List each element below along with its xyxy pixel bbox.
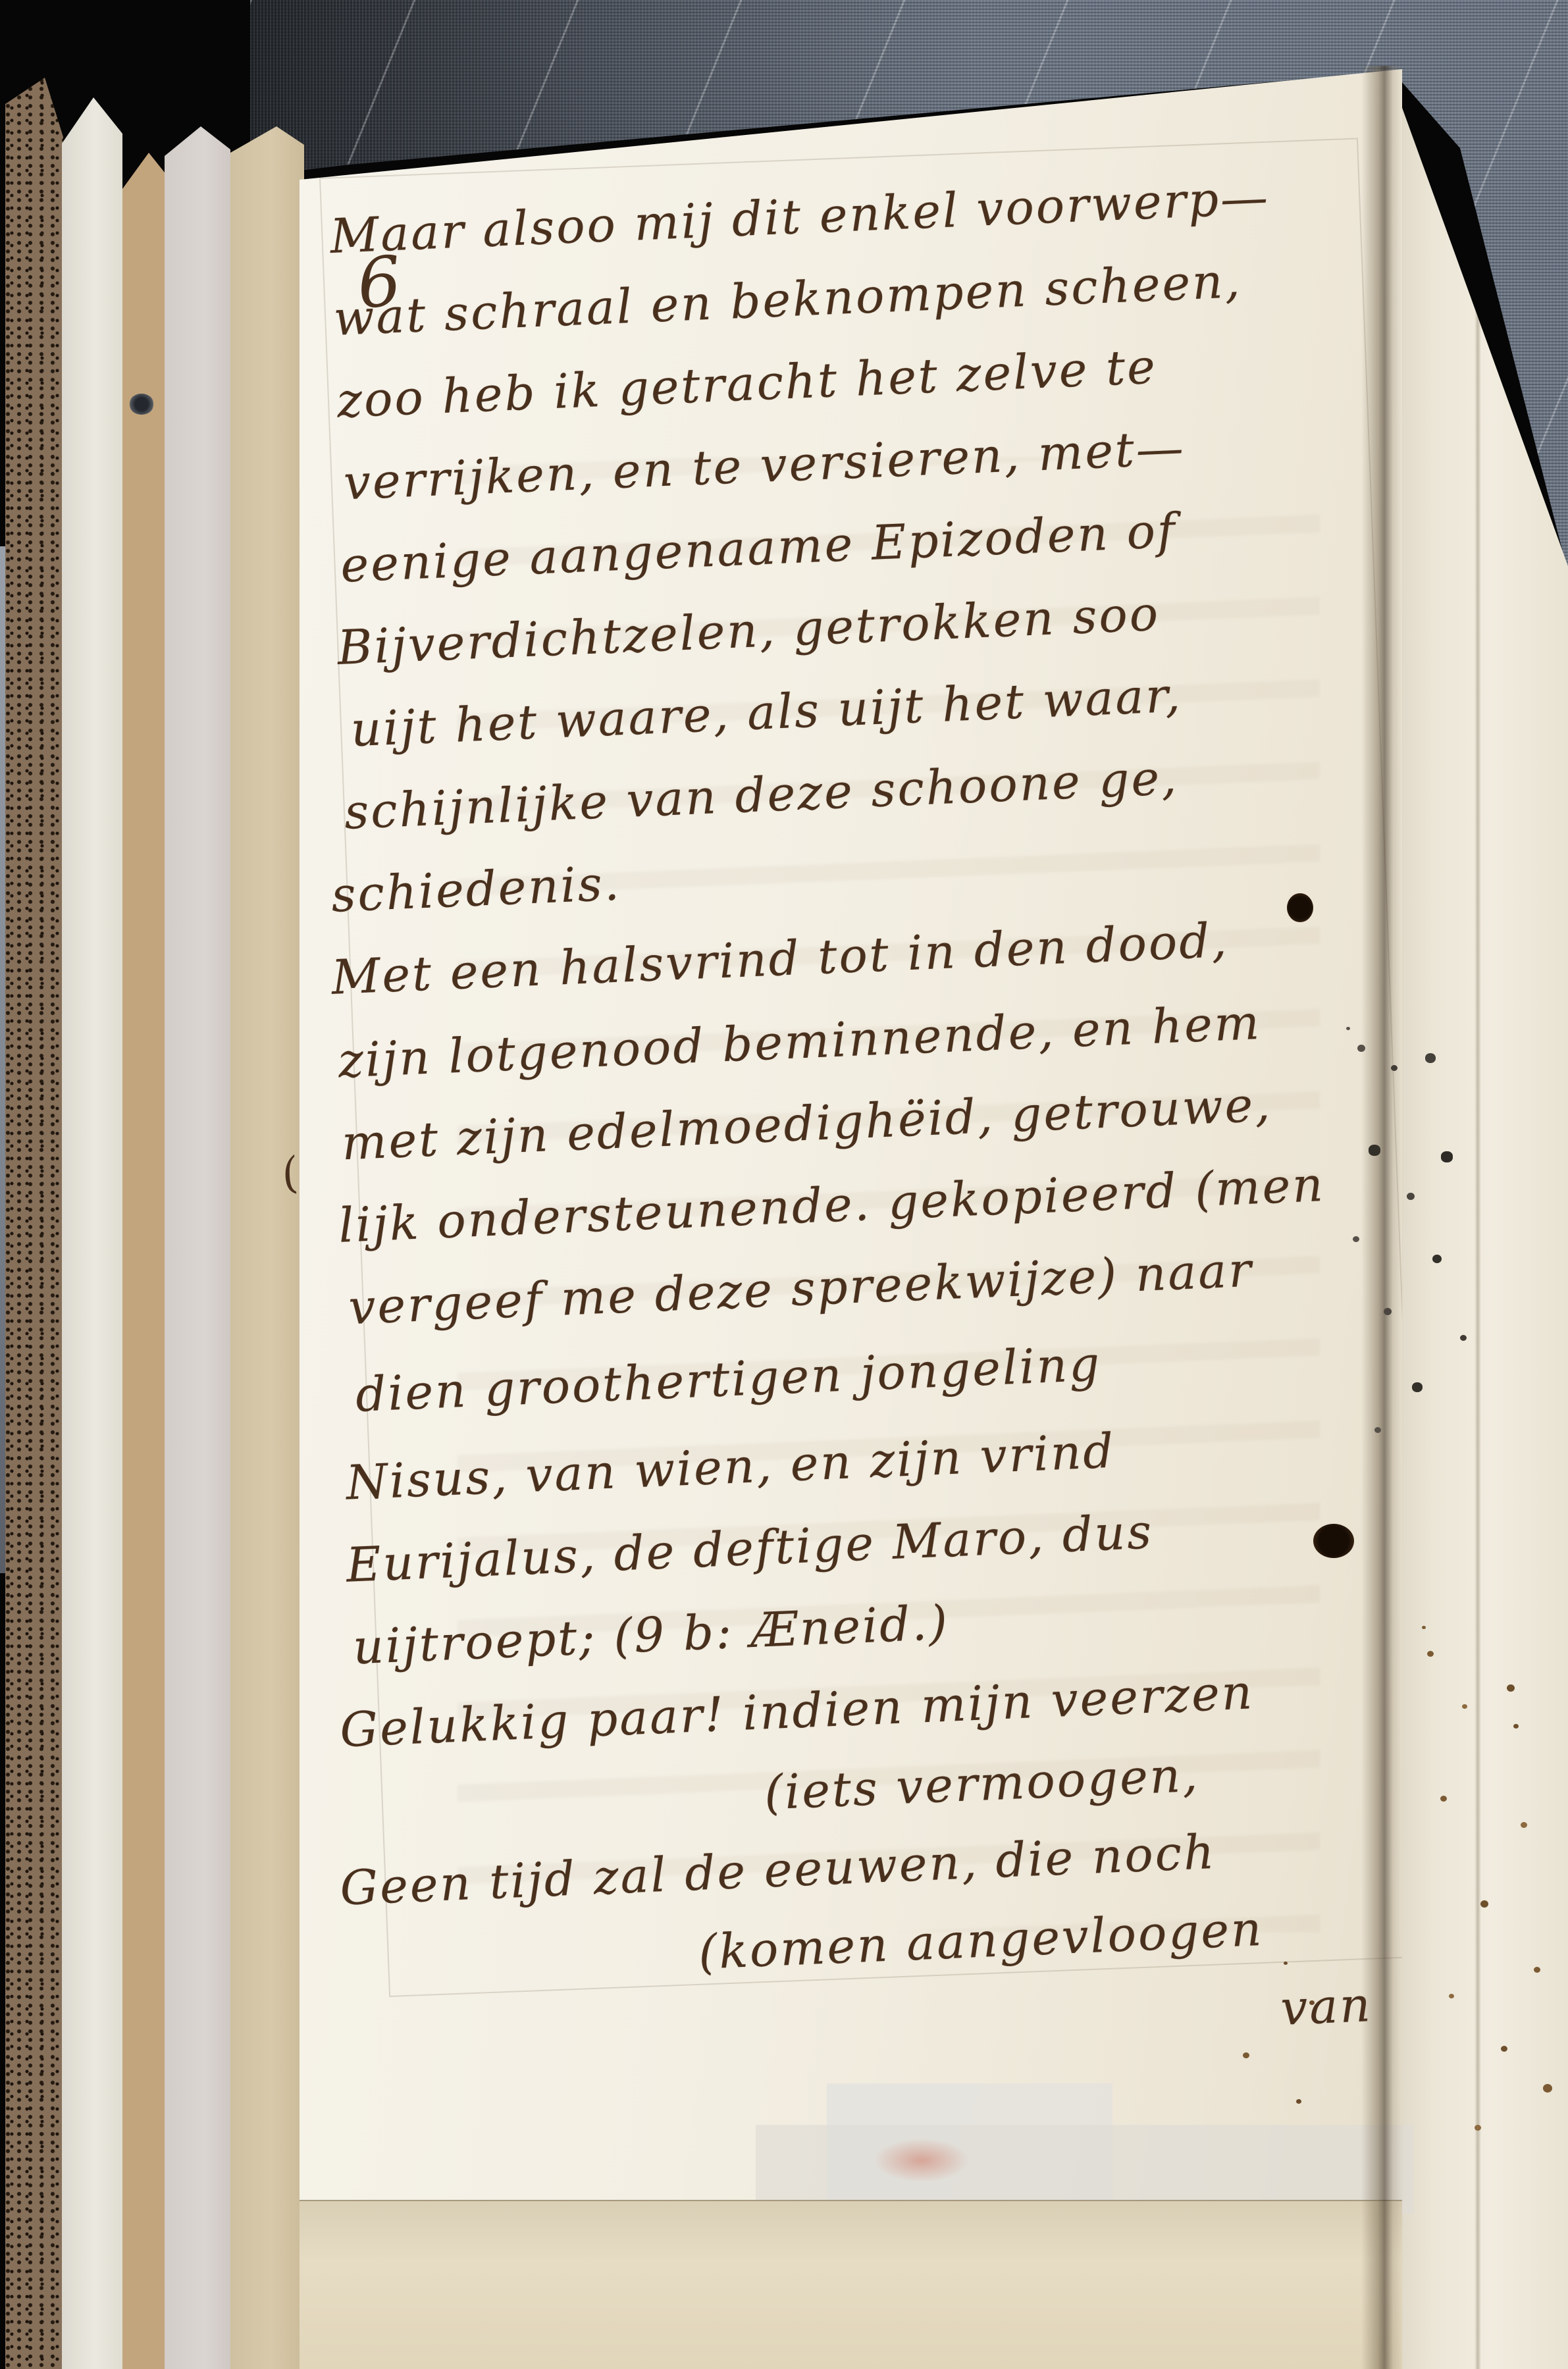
manuscript-line: Eurijalus, de deftige Maro, dus	[346, 1507, 1155, 1590]
manuscript-photo: 2 6 Maar alsoo mij dit enkel voorwerp—wa…	[0, 0, 1568, 2369]
manuscript-line: schiedenis.	[330, 858, 622, 920]
manuscript-line: Geen tijd zal de eeuwen, die noch	[339, 1827, 1217, 1913]
manuscript-text-block: Maar alsoo mij dit enkel voorwerp—wat sc…	[329, 167, 1488, 2119]
foxing-speckles-right	[1422, 1626, 1426, 1629]
book-gutter-shadow	[1361, 66, 1403, 2369]
dark-speck	[129, 394, 154, 415]
mould-speckles-gutter	[1346, 1027, 1350, 1030]
manuscript-line: van	[1280, 1980, 1373, 2033]
manuscript-line: Gelukkig paar! indien mijn veerzen	[339, 1667, 1255, 1756]
manuscript-line: uijtroept; (9 b: Æneid.)	[352, 1598, 951, 1672]
spine-leather-edge	[5, 78, 63, 2369]
bottom-page-edges	[300, 2200, 1402, 2369]
manuscript-line: zijn lotgenood beminnende, en hem	[337, 998, 1262, 1086]
manuscript-line: (komen aangevloogen	[698, 1904, 1265, 1977]
torn-page-edge-beige	[230, 126, 304, 2369]
ink-blot	[1313, 1524, 1354, 1558]
manuscript-line: (iets vermoogen,	[764, 1750, 1201, 1818]
pink-smudge	[856, 2130, 987, 2191]
manuscript-line: uijt het waare, als uijt het waar,	[350, 670, 1183, 754]
manuscript-line: Bijverdichtzelen, getrokken soo	[336, 589, 1161, 673]
manuscript-line: zoo heb ik getracht het zelve te	[336, 342, 1158, 427]
manuscript-line: met zijn edelmoedighëid, getrouwe,	[341, 1080, 1273, 1168]
manuscript-line: dien groothertigen jongeling	[355, 1339, 1103, 1420]
torn-page-edge-tan	[122, 153, 165, 2369]
manuscript-line: Met een halsvrind tot in den dood,	[330, 916, 1229, 1003]
manuscript-line: verrijken, en te versieren, met—	[343, 423, 1186, 508]
manuscript-line: lijk ondersteunende. gekopieerd (men	[338, 1160, 1326, 1251]
manuscript-line: schijnlijke van deze schoone ge,	[344, 753, 1180, 838]
manuscript-line: eenige aangenaame Epizoden of	[340, 506, 1178, 591]
manuscript-line: wat schraal en beknompen scheen,	[332, 256, 1242, 344]
foxing-speckles-page	[1284, 1962, 1288, 1965]
manuscript-line: vergeef me deze spreekwijze) naar	[348, 1245, 1254, 1333]
manuscript-line: Nisus, van wien, en zijn vrind	[345, 1426, 1116, 1508]
torn-page-edge-pale	[165, 126, 230, 2369]
torn-page-edge-white	[62, 97, 122, 2369]
